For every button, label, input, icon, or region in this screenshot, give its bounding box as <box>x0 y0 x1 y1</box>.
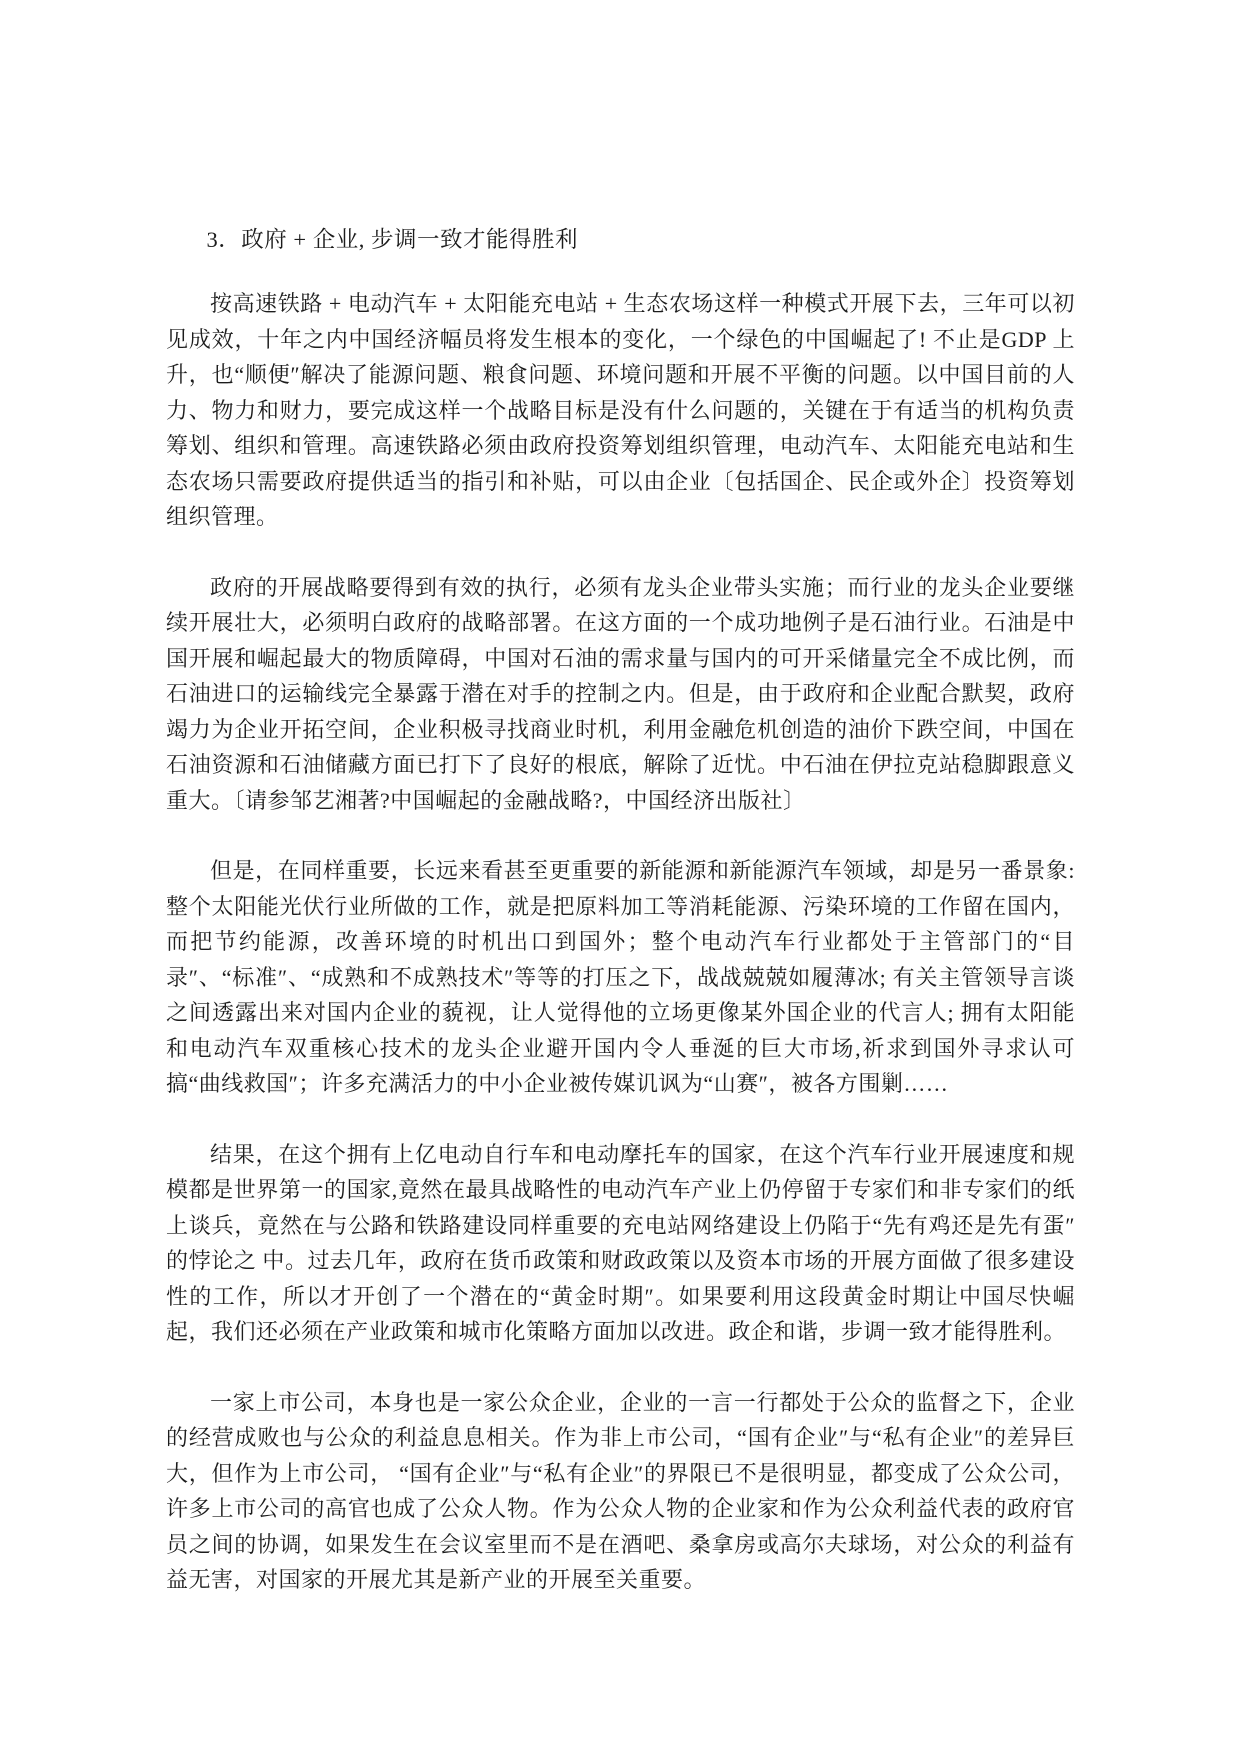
paragraph-1: 按高速铁路 + 电动汽车 + 太阳能充电站 + 生态农场这样一种模式开展下去，三… <box>166 286 1075 535</box>
paragraph-4: 结果，在这个拥有上亿电动自行车和电动摩托车的国家，在这个汽车行业开展速度和规模都… <box>166 1137 1075 1350</box>
section-heading: 3．政府 + 企业, 步调一致才能得胜利 <box>166 222 1075 258</box>
paragraph-3: 但是，在同样重要，长远来看甚至更重要的新能源和新能源汽车领域，却是另一番景象: … <box>166 853 1075 1102</box>
paragraph-2: 政府的开展战略要得到有效的执行，必须有龙头企业带头实施；而行业的龙头企业要继续开… <box>166 570 1075 819</box>
paragraph-5: 一家上市公司，本身也是一家公众企业，企业的一言一行都处于公众的监督之下，企业的经… <box>166 1385 1075 1598</box>
document-page: 3．政府 + 企业, 步调一致才能得胜利 按高速铁路 + 电动汽车 + 太阳能充… <box>0 0 1241 1754</box>
